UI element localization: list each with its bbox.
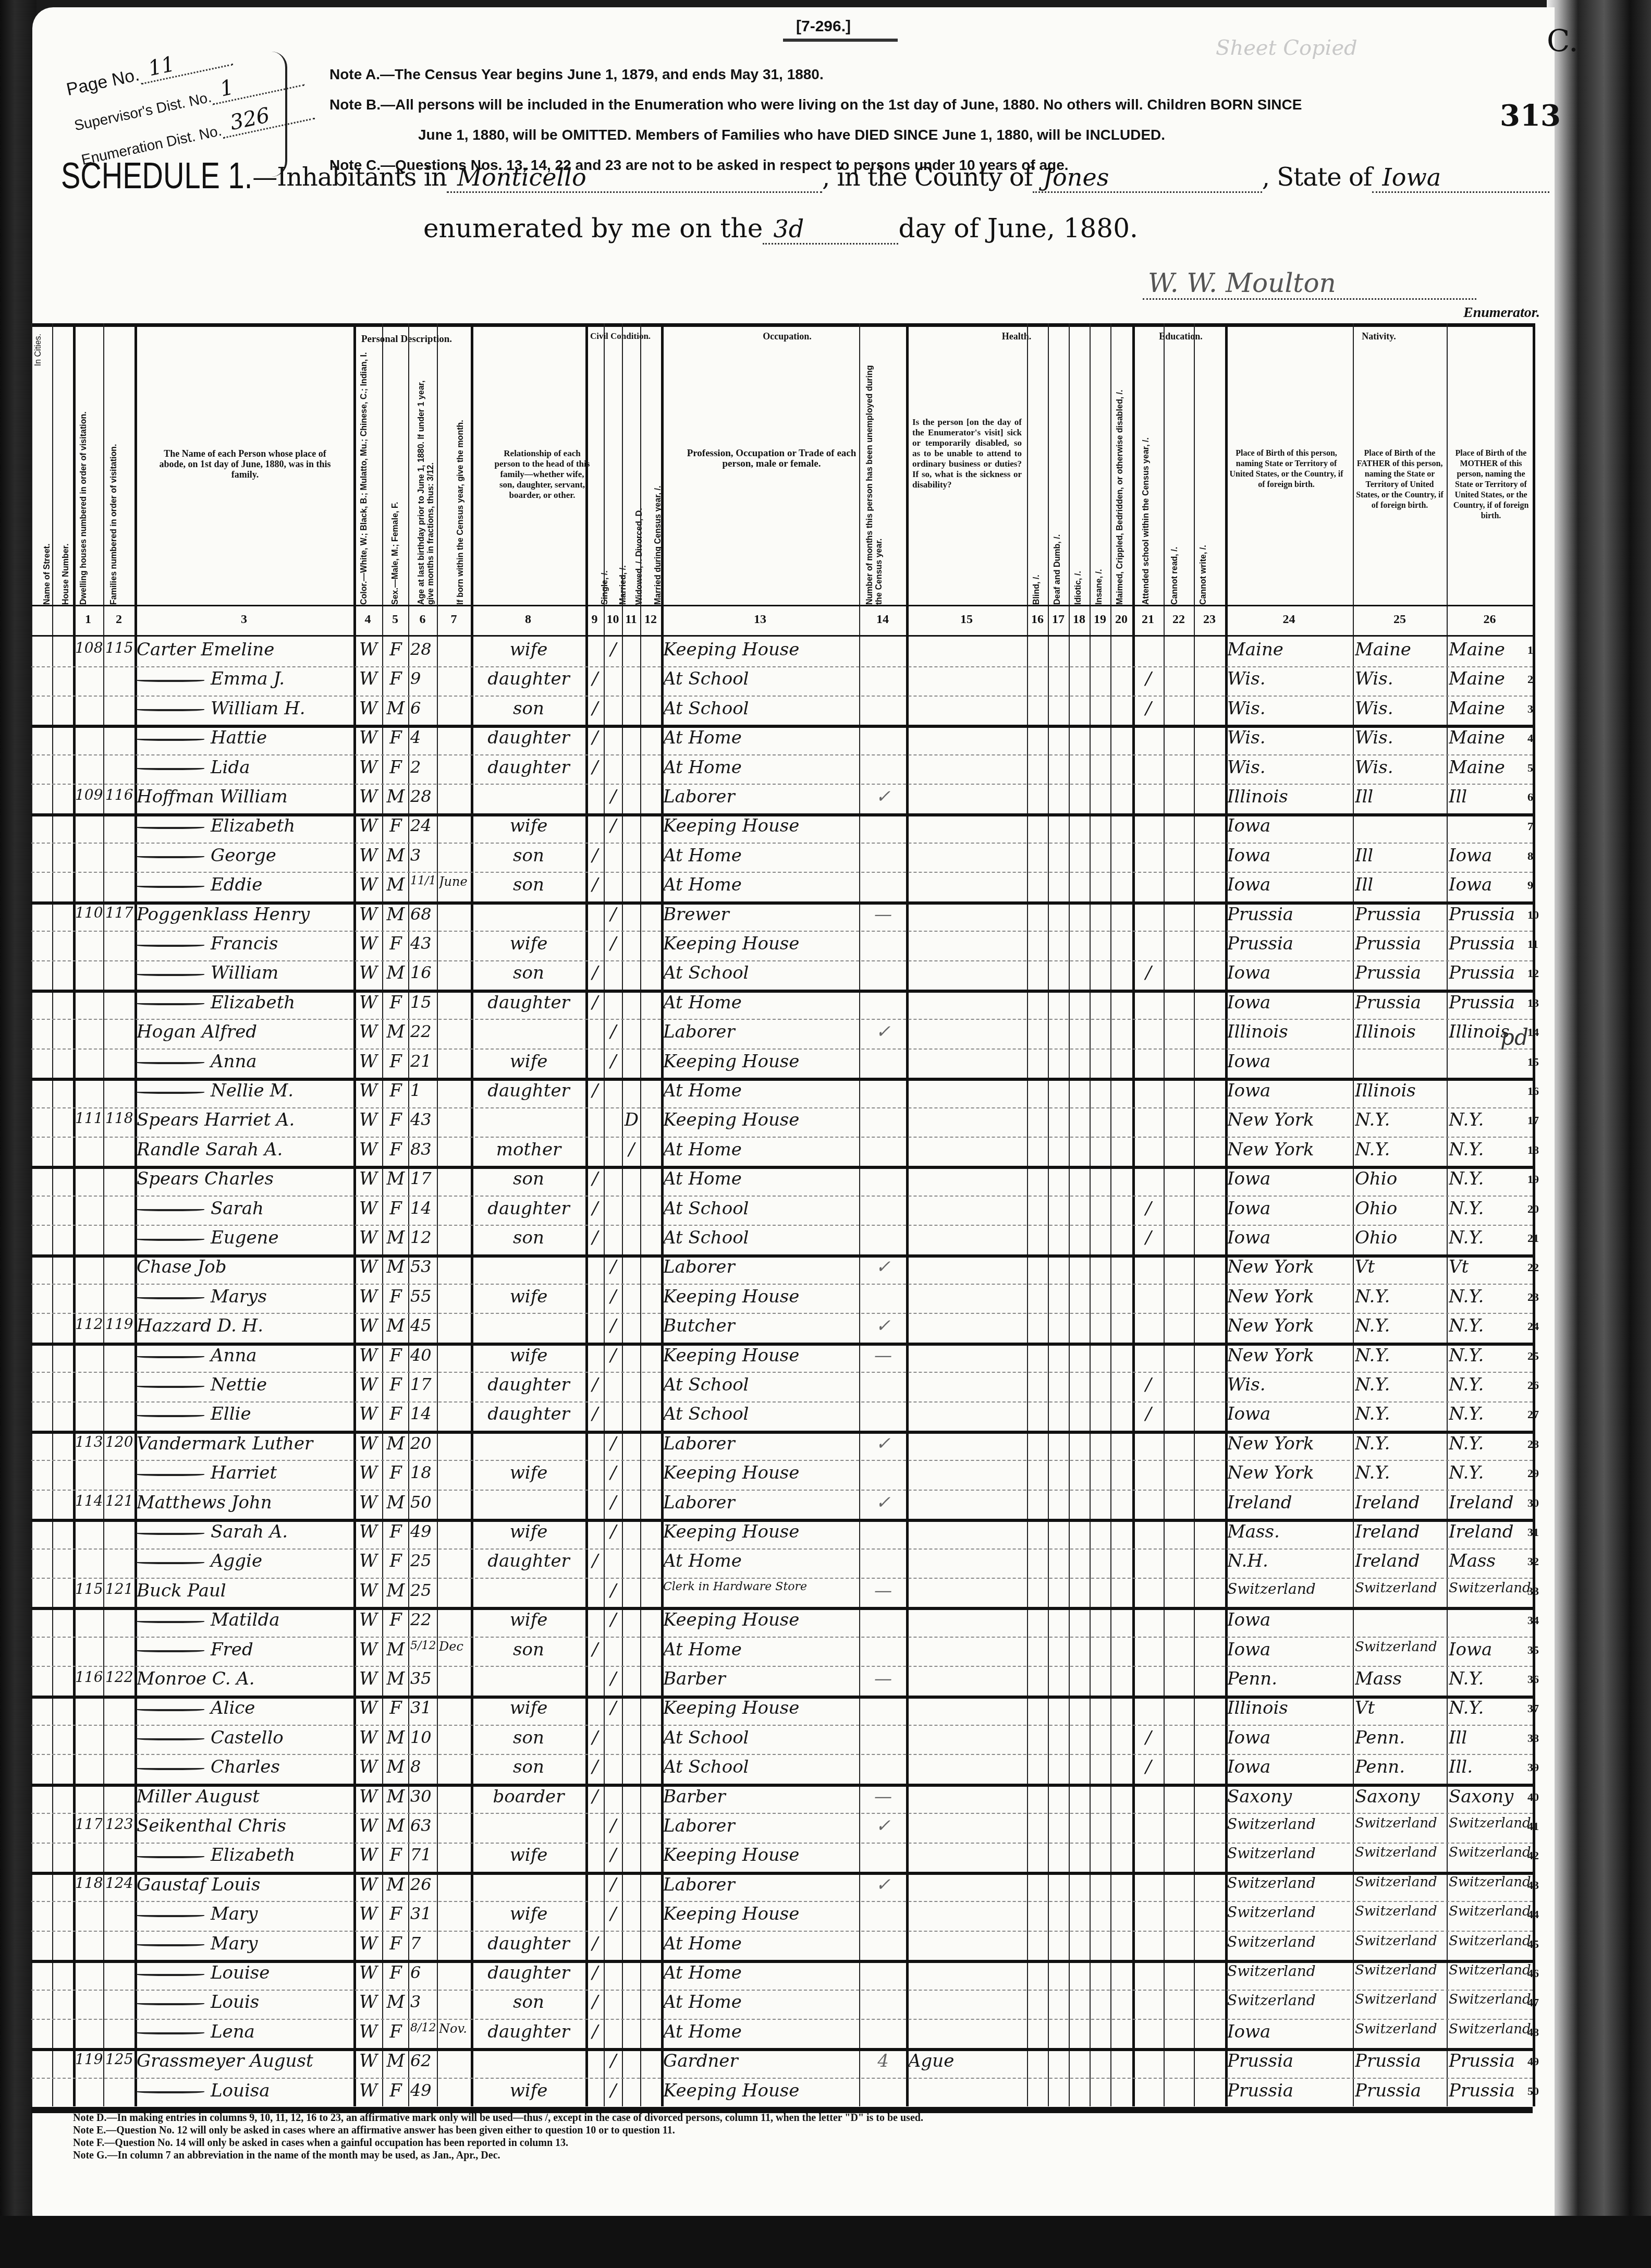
married-mark: / (606, 1874, 621, 1895)
occupation: Laborer (663, 1257, 858, 1277)
birthplace: Switzerland (1227, 1904, 1352, 1921)
sex: F (384, 1345, 407, 1366)
married-mark: / (606, 1668, 621, 1689)
family-number: 124 (105, 1874, 133, 1892)
surname: Spears (137, 1168, 204, 1189)
birthplace: Iowa (1227, 1639, 1352, 1660)
person-name: Harriet (137, 1462, 352, 1483)
attended-school-mark: / (1134, 1227, 1163, 1248)
sickness: Ague (908, 2051, 1026, 2071)
sex: M (384, 2051, 407, 2071)
married-mark: / (606, 1492, 621, 1513)
line-number: 12 (1527, 967, 1539, 980)
header-col-19: Insane, /. (1095, 506, 1104, 605)
given-name: Louis (211, 1992, 259, 2013)
age: 8/12 (410, 2021, 436, 2034)
given-name: Francis (211, 933, 278, 954)
married-mark: / (606, 1845, 621, 1865)
person-name: Eugene (137, 1227, 352, 1248)
age: 45 (410, 1315, 436, 1335)
table-row: LouisaWF49wife/Keeping HousePrussiaPruss… (31, 2077, 1533, 2111)
line-number: 21 (1527, 1231, 1539, 1245)
color: W (356, 1168, 381, 1189)
ditto-mark (137, 1002, 204, 1005)
ditto-mark (137, 737, 204, 741)
ditto-mark (137, 2090, 204, 2093)
father-birthplace: Prussia (1355, 962, 1446, 983)
given-name: Matilda (211, 1609, 280, 1630)
color: W (356, 1609, 381, 1630)
person-name: Sarah (137, 1198, 352, 1219)
color: W (356, 1757, 381, 1777)
months-unemployed: ✓ (861, 1257, 905, 1277)
dwelling-number: 108 (75, 639, 102, 656)
birthplace: Penn. (1227, 1668, 1352, 1689)
months-unemployed: ✓ (861, 1315, 905, 1336)
father-birthplace: N.Y. (1355, 1374, 1446, 1395)
father-birthplace: Switzerland (1355, 1845, 1446, 1860)
relationship: daughter (473, 1962, 584, 1983)
table-row: AliceWF31wife/Keeping HouseIllinoisVtN.Y… (31, 1694, 1533, 1726)
age: 63 (410, 1815, 436, 1835)
months-unemployed: — (861, 1580, 905, 1601)
birthplace: Iowa (1227, 1198, 1352, 1219)
ditto-mark (137, 1855, 204, 1858)
table-row: 117123Seikenthal ChrisWM63/Laborer✓Switz… (31, 1812, 1533, 1844)
ditto-mark (137, 766, 204, 770)
birthplace: New York (1227, 1462, 1352, 1483)
header-col-21: Attended school within the Census year, … (1142, 386, 1151, 605)
father-birthplace: Prussia (1355, 933, 1446, 954)
relationship: daughter (473, 757, 584, 778)
married-mark: / (606, 1021, 621, 1042)
ditto-mark (137, 1384, 204, 1388)
table-row: EddieWM11/12Juneson/At HomeIowaIllIowa9 (31, 871, 1533, 905)
line-number: 5 (1527, 761, 1533, 775)
line-number: 28 (1527, 1437, 1539, 1451)
form-code: [7-296.] (796, 18, 851, 35)
father-birthplace: N.Y. (1355, 1286, 1446, 1307)
person-name: Fred (137, 1639, 352, 1660)
birth-month: June (439, 874, 470, 889)
birthplace: New York (1227, 1345, 1352, 1366)
given-name: Alfred (202, 1021, 257, 1042)
mother-birthplace: N.Y. (1449, 1433, 1532, 1454)
table-row: Nellie M.WF1daughter/At HomeIowaIllinois… (31, 1077, 1533, 1108)
relationship: son (473, 698, 584, 719)
age: 8 (410, 1757, 436, 1776)
sex: M (384, 698, 407, 719)
widowed-divorced-mark: D (624, 1109, 639, 1130)
ditto-mark (137, 1413, 204, 1417)
relationship: daughter (473, 1198, 584, 1219)
relationship: wife (473, 1845, 584, 1865)
line-number: 36 (1527, 1673, 1539, 1686)
color: W (356, 1374, 381, 1395)
father-birthplace: Switzerland (1355, 2021, 1446, 2037)
occupation: Laborer (663, 1433, 858, 1454)
surname: Spears (137, 1109, 204, 1130)
person-name: Lena (137, 2021, 352, 2042)
color: W (356, 1727, 381, 1748)
ditto-mark (137, 855, 204, 858)
person-name: Hattie (137, 727, 352, 748)
married-mark: / (606, 1433, 621, 1454)
given-name: William H. (211, 698, 305, 719)
given-name: C. A. (212, 1668, 255, 1689)
color: W (356, 992, 381, 1013)
given-name: Sarah A. (211, 1521, 288, 1542)
sex: F (384, 757, 407, 778)
page-number-label: Page No. (65, 65, 141, 100)
given-name: Harriet (211, 1462, 277, 1483)
given-name: George (211, 845, 276, 866)
attended-school-mark: / (1134, 1198, 1163, 1219)
person-name: William H. (137, 698, 352, 719)
single-mark: / (588, 845, 603, 866)
state-label: , State of (1262, 163, 1372, 192)
relationship: son (473, 1757, 584, 1777)
married-mark: / (606, 1462, 621, 1483)
dwelling-number: 113 (75, 1433, 102, 1450)
mother-birthplace: Switzerland (1449, 1580, 1532, 1596)
attended-school-mark: / (1134, 1374, 1163, 1395)
person-name: Miller August (137, 1786, 352, 1807)
enumeration-day-suffix: day of June, 1880. (898, 213, 1138, 243)
mother-birthplace: Maine (1449, 639, 1532, 660)
line-number: 38 (1527, 1732, 1539, 1745)
ditto-mark (137, 884, 204, 888)
given-name: John (231, 1492, 272, 1513)
table-row: 112119Hazzard D. H.WM45/Butcher✓New York… (31, 1312, 1533, 1346)
color: W (356, 933, 381, 954)
table-row: Sarah A.WF49wife/Keeping HouseMass.Irela… (31, 1518, 1533, 1550)
header-col-9: Single, /. (601, 521, 610, 605)
father-birthplace: Switzerland (1355, 1639, 1446, 1655)
header-in-cities: In Cities. (34, 334, 43, 366)
occupation: Keeping House (663, 1345, 858, 1366)
birthplace: Wis. (1227, 668, 1352, 689)
relationship: boarder (473, 1786, 584, 1807)
person-name: Matilda (137, 1609, 352, 1630)
line-number: 1 (1527, 643, 1533, 657)
column-number: 13 (661, 613, 859, 627)
color: W (356, 1462, 381, 1483)
age: 25 (410, 1580, 436, 1600)
enumerated-label: enumerated by me on the (423, 213, 763, 243)
table-row: 109116Hoffman WilliamWM28/Laborer✓Illino… (31, 783, 1533, 816)
mother-birthplace: N.Y. (1449, 1345, 1532, 1366)
mother-birthplace: Maine (1449, 668, 1532, 689)
person-name: Lida (137, 757, 352, 778)
married-mark: / (606, 1609, 621, 1630)
line-number: 40 (1527, 1790, 1539, 1804)
occupation: At School (663, 698, 858, 719)
line-number: 22 (1527, 1261, 1539, 1274)
dwelling-number: 115 (75, 1580, 102, 1598)
single-mark: / (588, 668, 603, 689)
color: W (356, 1345, 381, 1366)
occupation: At Home (663, 1080, 858, 1101)
mother-birthplace: N.Y. (1449, 1198, 1532, 1219)
ditto-mark (137, 1708, 204, 1711)
header-col-16: Blind, /. (1032, 506, 1042, 605)
single-mark: / (588, 1962, 603, 1983)
given-name: Harriet A. (204, 1109, 295, 1130)
header-civil: Civil Condition. (584, 331, 657, 342)
person-name: Elizabeth (137, 1845, 352, 1865)
given-name: Lida (211, 757, 250, 778)
father-birthplace: Mass (1355, 1668, 1446, 1689)
color: W (356, 1933, 381, 1954)
mother-birthplace: Iowa (1449, 845, 1532, 866)
birthplace: Iowa (1227, 845, 1352, 866)
column-number: 15 (906, 613, 1027, 627)
given-name: Louis (212, 1874, 260, 1895)
mother-birthplace: Mass (1449, 1551, 1532, 1571)
column-number: 1 (73, 613, 103, 627)
birthplace: Switzerland (1227, 1815, 1352, 1833)
relationship: daughter (473, 1404, 584, 1424)
table-row: MatildaWF22wife/Keeping HouseIowa34 (31, 1606, 1533, 1638)
birthplace: Illinois (1227, 1021, 1352, 1042)
given-name: Luther (252, 1433, 313, 1454)
father-birthplace: Ohio (1355, 1198, 1446, 1219)
table-row: EllieWF14daughter/At School/IowaN.Y.N.Y.… (31, 1400, 1533, 1434)
sex: F (384, 992, 407, 1013)
father-birthplace: Maine (1355, 639, 1446, 660)
sex: F (384, 815, 407, 836)
birthplace: Prussia (1227, 2080, 1352, 2101)
surname: Hazzard (137, 1315, 217, 1336)
given-name: Louisa (211, 2080, 270, 2101)
ditto-mark (137, 1560, 204, 1564)
table-row: ElizabethWF24wife/Keeping HouseIowa7 (31, 812, 1533, 844)
ditto-mark (137, 2002, 204, 2005)
age: 15 (410, 992, 436, 1012)
family-number: 120 (105, 1433, 133, 1450)
age: 62 (410, 2051, 436, 2070)
months-unemployed: — (861, 904, 905, 925)
birth-month: Nov. (439, 2021, 470, 2036)
sex: F (384, 1904, 407, 1924)
person-name: Nettie (137, 1374, 352, 1395)
sex: F (384, 1609, 407, 1630)
birthplace: Wis. (1227, 727, 1352, 748)
book-binding-right (1547, 0, 1651, 2268)
sex: F (384, 1551, 407, 1571)
surname: Miller (137, 1786, 197, 1807)
single-mark: / (588, 1080, 603, 1101)
age: 50 (410, 1492, 436, 1512)
sex: F (384, 668, 407, 689)
father-birthplace: Wis. (1355, 727, 1446, 748)
column-number: 17 (1048, 613, 1069, 627)
father-birthplace: Vt (1355, 1698, 1446, 1718)
person-name: George (137, 845, 352, 866)
given-name: Castello (211, 1727, 284, 1748)
table-row: 114121Matthews JohnWM50/Laborer✓IrelandI… (31, 1489, 1533, 1522)
occupation: At School (663, 1198, 858, 1219)
dwelling-number: 114 (75, 1492, 102, 1509)
person-name: Anna (137, 1345, 352, 1366)
brace (270, 52, 287, 177)
person-name: Elizabeth (137, 815, 352, 836)
sex: F (384, 1374, 407, 1395)
person-name: Mary (137, 1933, 352, 1954)
person-name: Aggie (137, 1551, 352, 1571)
father-birthplace: N.Y. (1355, 1345, 1446, 1366)
person-name: Matthews John (137, 1492, 352, 1513)
color: W (356, 2051, 381, 2071)
attended-school-mark: / (1134, 962, 1163, 983)
age: 40 (410, 1345, 436, 1365)
line-number: 27 (1527, 1408, 1539, 1421)
ditto-mark (137, 2031, 204, 2034)
relationship: son (473, 874, 584, 895)
line-number: 14 (1527, 1026, 1539, 1039)
age: 11/12 (410, 874, 436, 887)
sheet-letter: C. (1547, 23, 1579, 58)
family-number: 121 (105, 1580, 133, 1598)
given-name: Fred (211, 1639, 253, 1660)
attended-school-mark: / (1134, 1727, 1163, 1748)
occupation: At Home (663, 1551, 858, 1571)
father-birthplace: N.Y. (1355, 1404, 1446, 1424)
age: 25 (410, 1551, 436, 1570)
birthplace: Prussia (1227, 933, 1352, 954)
line-number: 32 (1527, 1555, 1539, 1568)
months-unemployed: ✓ (861, 1815, 905, 1836)
single-mark: / (588, 1168, 603, 1189)
father-birthplace: Prussia (1355, 2051, 1446, 2071)
married-mark: / (606, 2080, 621, 2101)
sex: F (384, 1051, 407, 1072)
occupation: Barber (663, 1786, 858, 1807)
occupation: Keeping House (663, 639, 858, 660)
father-birthplace: Wis. (1355, 668, 1446, 689)
single-mark: / (588, 1227, 603, 1248)
line-number: 16 (1527, 1084, 1539, 1098)
occupation: Laborer (663, 1492, 858, 1513)
column-number: 6 (408, 613, 437, 627)
color: W (356, 668, 381, 689)
dwelling-number: 119 (75, 2051, 102, 2068)
mother-birthplace: N.Y. (1449, 1139, 1532, 1160)
color: W (356, 1904, 381, 1924)
table-row: GeorgeWM3son/At HomeIowaIllIowa8 (31, 842, 1533, 873)
married-mark: / (606, 1051, 621, 1072)
relationship: son (473, 962, 584, 983)
single-mark: / (588, 1786, 603, 1807)
mother-birthplace: N.Y. (1449, 1374, 1532, 1395)
birthplace: Iowa (1227, 1404, 1352, 1424)
age: 43 (410, 1109, 436, 1129)
line-number: 7 (1527, 820, 1533, 833)
header-col-7: If born within the Census year, give the… (456, 375, 466, 605)
person-name: Charles (137, 1757, 352, 1777)
widowed-divorced-mark: / (624, 1139, 639, 1160)
faint-stamp: Sheet Copied (1216, 36, 1358, 60)
person-name: Castello (137, 1727, 352, 1748)
person-name: Louise (137, 1962, 352, 1983)
sex: F (384, 1080, 407, 1101)
line-number: 6 (1527, 790, 1533, 804)
table-row: Randle Sarah A.WF83mother/At HomeNew Yor… (31, 1136, 1533, 1169)
surname: Monroe (137, 1668, 212, 1689)
sex: M (384, 1757, 407, 1777)
line-number: 20 (1527, 1202, 1539, 1216)
birthplace: Iowa (1227, 992, 1352, 1013)
table-row: AnnaWF21wife/Keeping HouseIowa15 (31, 1048, 1533, 1081)
note-g: Note G.—In column 7 an abbreviation in t… (73, 2149, 923, 2162)
family-number: 121 (105, 1492, 133, 1509)
father-birthplace: Ireland (1355, 1492, 1446, 1513)
age: 22 (410, 1021, 436, 1041)
ditto-mark (137, 1649, 204, 1652)
color: W (356, 962, 381, 983)
line-number: 9 (1527, 879, 1533, 892)
dwelling-number: 109 (75, 786, 102, 803)
ditto-mark (137, 1766, 204, 1770)
sex: M (384, 962, 407, 983)
table-row: 108115Carter EmelineWF28wife/Keeping Hou… (31, 636, 1533, 667)
birthplace: Switzerland (1227, 1962, 1352, 1980)
surname: Chase (137, 1257, 198, 1277)
age: 53 (410, 1257, 436, 1276)
sex: F (384, 1109, 407, 1130)
table-row: LenaWF8/12Nov.daughter/At HomeIowaSwitze… (31, 2018, 1533, 2052)
state-value: Iowa (1372, 163, 1549, 193)
person-name: Louis (137, 1992, 352, 2013)
mother-birthplace: N.Y. (1449, 1668, 1532, 1689)
occupation: Keeping House (663, 815, 858, 836)
occupation: At Home (663, 757, 858, 778)
color: W (356, 757, 381, 778)
ditto-mark (137, 972, 204, 976)
header-house-number: House Number. (62, 459, 71, 605)
header-health: Health. (907, 331, 1126, 342)
given-name: Charles (204, 1168, 274, 1189)
line-number: 39 (1527, 1761, 1539, 1774)
married-mark: / (606, 815, 621, 836)
sex: F (384, 1933, 407, 1954)
birthplace: Switzerland (1227, 1933, 1352, 1950)
ditto-mark (137, 1208, 204, 1211)
surname: Randle (137, 1139, 205, 1160)
attended-school-mark: / (1134, 668, 1163, 689)
attended-school-mark: / (1134, 698, 1163, 719)
dwelling-number: 116 (75, 1668, 102, 1686)
mother-birthplace: Switzerland (1449, 1992, 1532, 2007)
schedule-title: SCHEDULE 1. —Inhabitants in Monticello ,… (61, 158, 1549, 193)
birthplace: Wis. (1227, 1374, 1352, 1395)
age: 28 (410, 786, 436, 806)
birthplace: New York (1227, 1315, 1352, 1336)
age: 43 (410, 933, 436, 953)
birthplace: Switzerland (1227, 1874, 1352, 1892)
relationship: wife (473, 1904, 584, 1924)
sex: F (384, 727, 407, 748)
given-name: Henry (254, 904, 310, 925)
table-row: MaryWF7daughter/At HomeSwitzerlandSwitze… (31, 1930, 1533, 1964)
relationship: wife (473, 1051, 584, 1072)
schedule-label: SCHEDULE 1. (61, 154, 252, 197)
color: W (356, 1845, 381, 1865)
birthplace: N.H. (1227, 1551, 1352, 1571)
birthplace: Iowa (1227, 874, 1352, 895)
mother-birthplace: Switzerland (1449, 1933, 1532, 1949)
